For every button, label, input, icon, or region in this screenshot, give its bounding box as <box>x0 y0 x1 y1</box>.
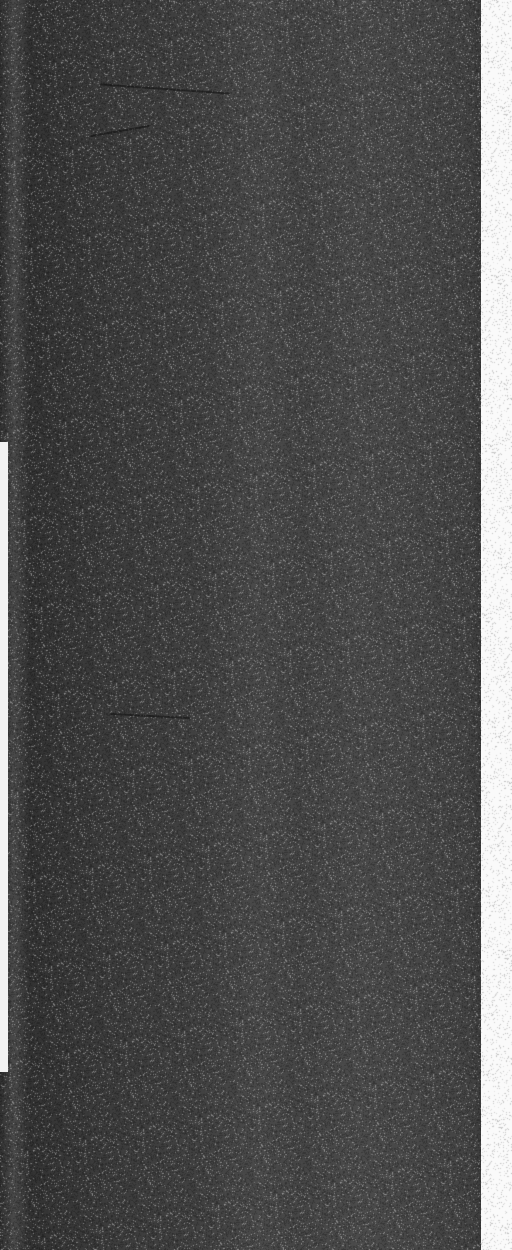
asphalt-texture <box>0 0 481 1250</box>
lane-marking-dash <box>0 442 8 1072</box>
road-surface-photo <box>0 0 512 1250</box>
edge-line-texture <box>481 0 512 1250</box>
